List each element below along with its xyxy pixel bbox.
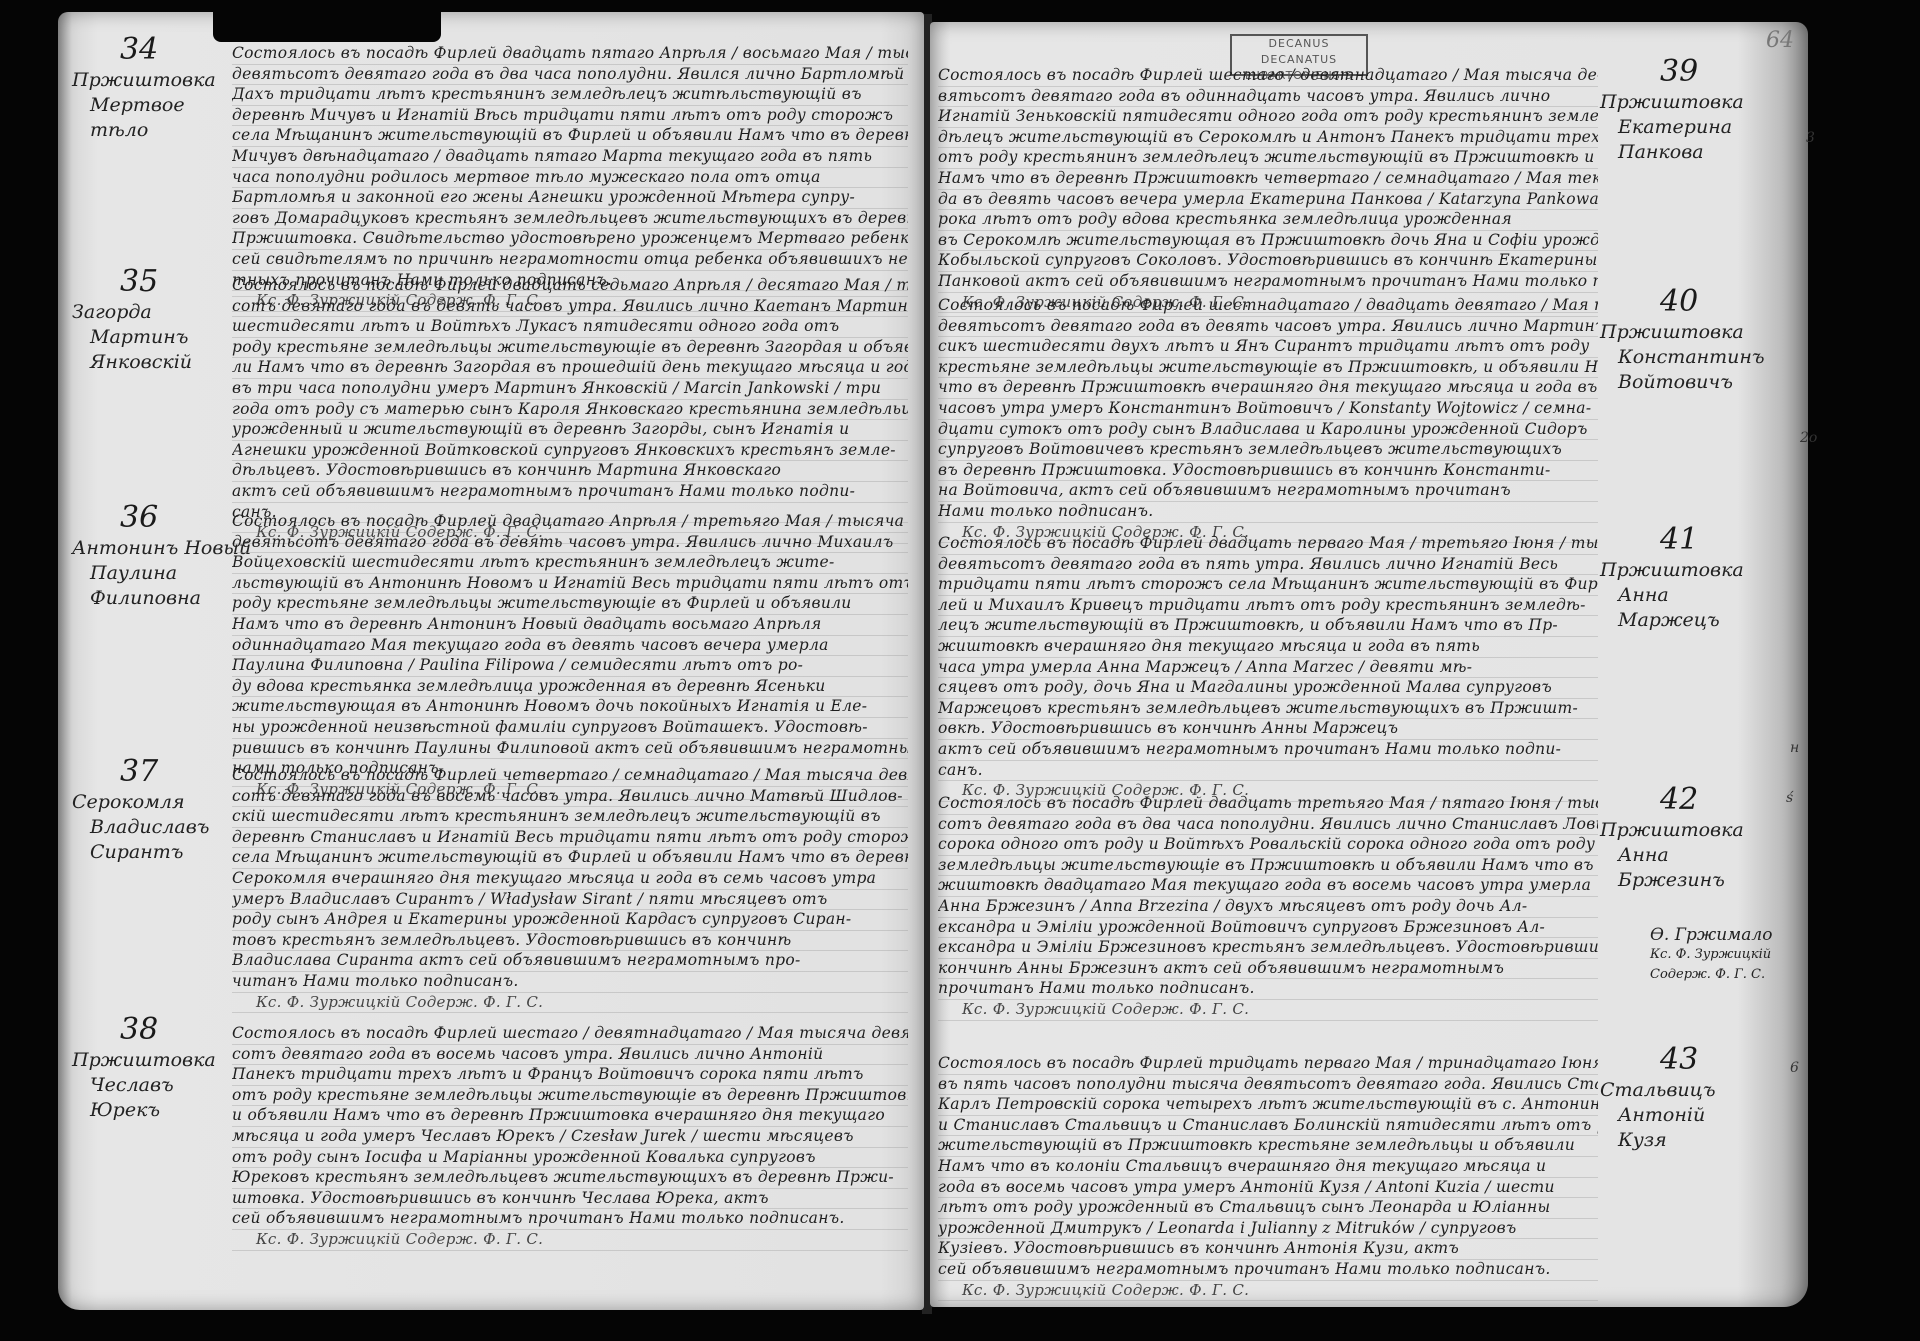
record-body-text: Состоялось въ посадѣ Фирлей шестаго / де… — [232, 1024, 908, 1251]
record-surname: Маржецъ — [1618, 608, 1720, 633]
handwritten-line: Войцеховскій шестидесяти лѣтъ крестьянин… — [232, 553, 908, 574]
record-given-name: Анна — [1618, 583, 1669, 608]
handwritten-line: Намъ что въ деревнѣ Антонинъ Новый двадц… — [232, 615, 908, 636]
handwritten-line: Состоялось въ посадѣ Фирлей двадцать пят… — [232, 44, 908, 65]
handwritten-line: урожденный и жительствующій въ деревнѣ З… — [232, 420, 908, 441]
handwritten-line: говъ Домарадцуковъ крестьянъ земледѣльце… — [232, 209, 908, 230]
record-number: 42 — [1660, 782, 1698, 817]
handwritten-line: Состоялось въ посадѣ Фирлей четвертаго /… — [232, 766, 908, 787]
page-edge-mark: ś — [1786, 790, 1793, 806]
handwritten-line: шестидесяти лѣтъ и Войтѣхъ Лукасъ пятиде… — [232, 317, 908, 338]
record-village: Загорда — [72, 300, 152, 325]
handwritten-line: да въ девять часовъ вечера умерла Екатер… — [938, 190, 1598, 211]
record-body-text: Состоялось въ посадѣ Фирлей шестаго / де… — [938, 66, 1598, 313]
handwritten-line: дѣлецъ жительствующій въ Серокомлѣ и Ант… — [938, 128, 1598, 149]
handwritten-line: ександра и Эміліи Бржезиновъ крестьянъ з… — [938, 938, 1598, 959]
handwritten-line: рившись въ кончинѣ Паулины Филиповой акт… — [232, 739, 908, 760]
handwritten-line: девятьсотъ девятаго года въ девять часов… — [938, 317, 1598, 338]
record-number: 36 — [120, 500, 158, 535]
handwritten-line: Нами только подписанъ. — [938, 502, 1598, 523]
handwritten-line: ны урожденной неизвѣстной фамиліи супруг… — [232, 718, 908, 739]
handwritten-line: роду крестьяне земледѣльцы жительствующі… — [232, 594, 908, 615]
handwritten-line: села Мѣщанинъ жительствующій въ Фирлей и… — [232, 848, 908, 869]
handwritten-line: сикъ шестидесяти двухъ лѣтъ и Янъ Сирант… — [938, 337, 1598, 358]
handwritten-line: лецъ жительствующій въ Пржиштовкѣ, и объ… — [938, 616, 1598, 637]
handwritten-line: читанъ Нами только подписанъ. — [232, 972, 908, 993]
handwritten-line: и Станиславъ Стальвицъ и Станиславъ Боли… — [938, 1116, 1598, 1137]
handwritten-line: Состоялось въ посадѣ Фирлей двадцать сед… — [232, 276, 908, 297]
handwritten-line: часа утра умерла Анна Маржецъ / Anna Mar… — [938, 658, 1598, 679]
handwritten-line: Владислава Сиранта актъ сей объявившимъ … — [232, 951, 908, 972]
priest-signature: Кс. Ф. Зуржицкій Содерж. Ф. Г. С. — [938, 1281, 1598, 1302]
handwritten-line: кончинѣ Анны Бржезинъ актъ сей объявивши… — [938, 959, 1598, 980]
record-number: 35 — [120, 264, 158, 299]
record-body-text: Состоялось въ посадѣ Фирлей четвертаго /… — [232, 766, 908, 1013]
handwritten-line: овкѣ. Удостовѣрившись въ кончинѣ Анны Ма… — [938, 719, 1598, 740]
handwritten-line: сяцевъ отъ роду, дочь Яна и Магдалины ур… — [938, 678, 1598, 699]
handwritten-line: Намъ что въ деревнѣ Пржиштовкѣ четвертаг… — [938, 169, 1598, 190]
handwritten-line: что въ деревнѣ Пржиштовкѣ вчерашняго дня… — [938, 378, 1598, 399]
handwritten-line: актъ сей объявившимъ неграмотнымъ прочит… — [232, 482, 908, 503]
handwritten-line: вятьсотъ девятаго года въ одиннадцать ча… — [938, 87, 1598, 108]
handwritten-line: жиштовкѣ двадцатаго Мая текущаго года въ… — [938, 876, 1598, 897]
record-village: Пржиштовка — [1600, 320, 1744, 345]
handwritten-line: штовка. Удостовѣрившись въ кончинѣ Чесла… — [232, 1189, 908, 1210]
record-number: 40 — [1660, 284, 1698, 319]
handwritten-line: прочитанъ Нами только подписанъ. — [938, 979, 1598, 1000]
record-surname: Сирантъ — [90, 840, 183, 865]
handwritten-line: тридцати пяти лѣтъ сторожъ села Мѣщанинъ… — [938, 575, 1598, 596]
record-body-text: Состоялось въ посадѣ Фирлей двадцать пер… — [938, 534, 1598, 802]
page-edge-mark: 6 — [1790, 1060, 1799, 1076]
record-surname: Филиповна — [90, 586, 201, 611]
record-given-name: Владиславъ — [90, 815, 209, 840]
record-surname: Янковскій — [90, 350, 192, 375]
handwritten-line: земледѣльцы жительствующіе въ Пржиштовкѣ… — [938, 856, 1598, 877]
handwritten-line: товъ крестьянъ земледѣльцевъ. Удостовѣри… — [232, 931, 908, 952]
record-given-name: Антоній — [1618, 1103, 1705, 1128]
record-body-text: Состоялось въ посадѣ Фирлей шестнадцатаг… — [938, 296, 1598, 543]
record-surname: Юрекъ — [90, 1098, 160, 1123]
handwritten-line: въ три часа пополудни умеръ Мартинъ Янко… — [232, 379, 908, 400]
handwritten-line: дцати сутокъ отъ роду сынъ Владислава и … — [938, 420, 1598, 441]
handwritten-line: Панковой актъ сей объявившимъ неграмотны… — [938, 272, 1598, 293]
record-village: Пржиштовка — [1600, 558, 1744, 583]
handwritten-line: ександра и Эміліи урожденной Войтовичъ с… — [938, 918, 1598, 939]
record-number: 34 — [120, 32, 158, 67]
handwritten-line: умеръ Владиславъ Сирантъ / Władysław Sir… — [232, 890, 908, 911]
handwritten-line: отъ роду сынъ Іосифа и Маріанны урожденн… — [232, 1148, 908, 1169]
handwritten-line: одиннадцатаго Мая текущаго года въ девят… — [232, 636, 908, 657]
record-surname: тѣло — [90, 118, 148, 143]
handwritten-line: и объявили Намъ что въ деревнѣ Пржиштовк… — [232, 1106, 908, 1127]
handwritten-line: Состоялось въ посадѣ Фирлей шестаго / де… — [938, 66, 1598, 87]
priest-signature: Кс. Ф. Зуржицкій Содерж. Ф. Г. С. — [232, 1230, 908, 1251]
handwritten-line: лѣтъ отъ роду урожденный въ Стальвицъ сы… — [938, 1198, 1598, 1219]
record-village: Пржиштовка — [1600, 818, 1744, 843]
handwritten-line: девятьсотъ девятаго года въ девять часов… — [232, 533, 908, 554]
record-number: 38 — [120, 1012, 158, 1047]
handwritten-line: жительствующій въ Пржиштовкѣ крестьяне з… — [938, 1136, 1598, 1157]
handwritten-line: Состоялось въ посадѣ Фирлей двадцать тре… — [938, 794, 1598, 815]
page-edge-mark: 3 — [1806, 130, 1815, 146]
handwritten-line: Дахъ тридцати лѣтъ крестьянинъ земледѣле… — [232, 85, 908, 106]
handwritten-line: крестьяне земледѣльцы жительствующіе въ … — [938, 358, 1598, 379]
handwritten-line: жиштовкѣ вчерашняго дня текущаго мѣсяца … — [938, 637, 1598, 658]
record-body-text: Состоялось въ посадѣ Фирлей двадцать сед… — [232, 276, 908, 544]
record-given-name: Константинъ — [1618, 345, 1765, 370]
handwritten-line: Состоялось въ посадѣ Фирлей двадцатаго А… — [232, 512, 908, 533]
record-surname: Панкова — [1618, 140, 1704, 165]
handwritten-line: сей свидѣтелямъ по причинѣ неграмотности… — [232, 250, 908, 271]
record-number: 39 — [1660, 54, 1698, 89]
handwritten-line: въ Серокомлѣ жительствующая въ Пржиштовк… — [938, 231, 1598, 252]
handwritten-line: рока лѣтъ отъ роду вдова крестьянка земл… — [938, 210, 1598, 231]
handwritten-line: отъ роду крестьянинъ земледѣлецъ жительс… — [938, 148, 1598, 169]
handwritten-line: часовъ утра умеръ Константинъ Войтовичъ … — [938, 399, 1598, 420]
handwritten-line: роду крестьяне земледѣльцы жительствующі… — [232, 338, 908, 359]
handwritten-line: ду вдова крестьянка земледѣлица урожденн… — [232, 677, 908, 698]
witness-signature-note: Содерж. Ф. Г. С. — [1650, 965, 1765, 985]
priest-signature: Кс. Ф. Зуржицкій Содерж. Ф. Г. С. — [938, 1000, 1598, 1021]
record-body-text: Состоялось въ посадѣ Фирлей тридцать пер… — [938, 1054, 1598, 1301]
handwritten-line: санъ. — [938, 761, 1598, 782]
handwritten-line: дѣльцевъ. Удостовѣрившись въ кончинѣ Мар… — [232, 461, 908, 482]
record-surname: Кузя — [1618, 1128, 1667, 1153]
handwritten-line: урожденной Дмитрукъ / Leonarda i Juliann… — [938, 1219, 1598, 1240]
handwritten-line: года въ восемь часовъ утра умеръ Антоній… — [938, 1178, 1598, 1199]
handwritten-line: Намъ что въ колоніи Стальвицъ вчерашняго… — [938, 1157, 1598, 1178]
handwritten-line: скій шестидесяти лѣтъ крестьянинъ землед… — [232, 807, 908, 828]
witness-signature-note: Кс. Ф. Зуржицкій — [1650, 945, 1771, 965]
handwritten-line: Мичувъ двѣнадцатаго / двадцать пятаго Ма… — [232, 147, 908, 168]
record-village: Стальвицъ — [1600, 1078, 1716, 1103]
handwritten-line: сорока одного отъ роду и Войтѣхъ Ровальс… — [938, 835, 1598, 856]
page-edge-mark: 2o — [1800, 430, 1817, 446]
record-village: Серокомля — [72, 790, 185, 815]
handwritten-line: девятьсотъ девятаго года въ два часа поп… — [232, 65, 908, 86]
handwritten-line: сотъ девятаго года въ два часа пополудни… — [938, 815, 1598, 836]
handwritten-line: на Войтовича, актъ сей объявившимъ негра… — [938, 481, 1598, 502]
record-given-name: Екатерина — [1618, 115, 1732, 140]
priest-signature: Кс. Ф. Зуржицкій Содерж. Ф. Г. С. — [232, 993, 908, 1014]
record-given-name: Чеславъ — [90, 1073, 174, 1098]
handwritten-line: Пржиштовка. Свидѣтельство удостовѣрено у… — [232, 229, 908, 250]
handwritten-line: Состоялось въ посадѣ Фирлей двадцать пер… — [938, 534, 1598, 555]
handwritten-line: Состоялось въ посадѣ Фирлей шестнадцатаг… — [938, 296, 1598, 317]
handwritten-line: Панекъ тридцати трехъ лѣтъ и Францъ Войт… — [232, 1065, 908, 1086]
handwritten-line: Серокомля вчерашняго дня текущаго мѣсяца… — [232, 869, 908, 890]
handwritten-line: девятьсотъ девятаго года въ пять утра. Я… — [938, 555, 1598, 576]
handwritten-line: Состоялось въ посадѣ Фирлей тридцать пер… — [938, 1054, 1598, 1075]
handwritten-line: жительствующая въ Антонинѣ Новомъ дочь п… — [232, 697, 908, 718]
handwritten-line: Паулина Филиповна / Paulina Filipowa / с… — [232, 656, 908, 677]
record-surname: Войтовичъ — [1618, 370, 1733, 395]
record-number: 37 — [120, 754, 158, 789]
page-number: 64 — [1766, 28, 1794, 53]
handwritten-line: Анна Бржезинъ / Anna Brzezina / двухъ мѣ… — [938, 897, 1598, 918]
record-village: Пржиштовка — [1600, 90, 1744, 115]
handwritten-line: въ деревнѣ Пржиштовка. Удостовѣрившись в… — [938, 461, 1598, 482]
handwritten-line: села Мѣщанинъ жительствующій въ Фирлей и… — [232, 126, 908, 147]
handwritten-line: сотъ девятаго года въ восемь часовъ утра… — [232, 787, 908, 808]
handwritten-line: Кузіевъ. Удостовѣрившись въ кончинѣ Анто… — [938, 1239, 1598, 1260]
record-number: 43 — [1660, 1042, 1698, 1077]
handwritten-line: Юрековъ крестьянъ земледѣльцевъ жительст… — [232, 1168, 908, 1189]
handwritten-line: сей объявившимъ неграмотнымъ прочитанъ Н… — [938, 1260, 1598, 1281]
handwritten-line: Состоялось въ посадѣ Фирлей шестаго / де… — [232, 1024, 908, 1045]
record-village: Пржиштовка — [72, 1048, 216, 1073]
handwritten-line: Кобыльской супруговъ Соколовъ. Удостовѣр… — [938, 251, 1598, 272]
handwritten-line: супруговъ Войтовичевъ крестьянъ земледѣл… — [938, 440, 1598, 461]
record-village: Антонинъ Новый — [72, 536, 251, 561]
record-given-name: Паулина — [90, 561, 177, 586]
handwritten-line: Агнешки урожденной Войтковской супруговъ… — [232, 441, 908, 462]
handwritten-line: Карлъ Петровскій сорока четырехъ лѣтъ жи… — [938, 1095, 1598, 1116]
handwritten-line: отъ роду крестьяне земледѣльцы жительств… — [232, 1086, 908, 1107]
record-village: Пржиштовка — [72, 68, 216, 93]
handwritten-line: сотъ девятаго года въ девять часовъ утра… — [232, 297, 908, 318]
handwritten-line: актъ сей объявившимъ неграмотнымъ прочит… — [938, 740, 1598, 761]
handwritten-line: деревнѣ Станиславъ и Игнатій Весь тридца… — [232, 828, 908, 849]
handwritten-line: года отъ роду съ матерью сынъ Кароля Янк… — [232, 400, 908, 421]
handwritten-line: мѣсяца и года умеръ Чеславъ Юрекъ / Czes… — [232, 1127, 908, 1148]
record-body-text: Состоялось въ посадѣ Фирлей двадцать пят… — [232, 44, 908, 312]
handwritten-line: лей и Михаилъ Кривецъ тридцати лѣтъ отъ … — [938, 596, 1598, 617]
handwritten-line: роду сынъ Андрея и Екатерины урожденной … — [232, 910, 908, 931]
handwritten-line: сотъ девятаго года въ восемь часовъ утра… — [232, 1045, 908, 1066]
handwritten-line: Игнатій Зеньковскій пятидесяти одного го… — [938, 107, 1598, 128]
record-given-name: Анна — [1618, 843, 1669, 868]
record-given-name: Мертвое — [90, 93, 185, 118]
handwritten-line: ли Намъ что въ деревнѣ Загордая въ проше… — [232, 358, 908, 379]
record-given-name: Мартинъ — [90, 325, 188, 350]
handwritten-line: деревнѣ Мичувъ и Игнатій Вѣсь тридцати п… — [232, 106, 908, 127]
page-tab-cutout — [213, 0, 441, 42]
page-edge-mark: н — [1790, 740, 1799, 756]
handwritten-line: льствующій въ Антонинѣ Новомъ и Игнатій … — [232, 574, 908, 595]
record-number: 41 — [1660, 522, 1698, 557]
handwritten-line: часа пополудни родилось мертвое тѣло муж… — [232, 168, 908, 189]
stamp-line-1: DECANUS DECANATUS — [1232, 36, 1366, 68]
handwritten-line: Бартломѣя и законной его жены Агнешки ур… — [232, 188, 908, 209]
record-body-text: Состоялось въ посадѣ Фирлей двадцатаго А… — [232, 512, 908, 800]
handwritten-line: Маржецовъ крестьянъ земледѣльцевъ житель… — [938, 699, 1598, 720]
witness-signature-note: Ѳ. Гржимало — [1650, 925, 1772, 945]
handwritten-line: въ пять часовъ пополудни тысяча девятьсо… — [938, 1075, 1598, 1096]
record-surname: Бржезинъ — [1618, 868, 1725, 893]
handwritten-line: сей объявившимъ неграмотнымъ прочитанъ Н… — [232, 1209, 908, 1230]
record-body-text: Состоялось въ посадѣ Фирлей двадцать тре… — [938, 794, 1598, 1021]
